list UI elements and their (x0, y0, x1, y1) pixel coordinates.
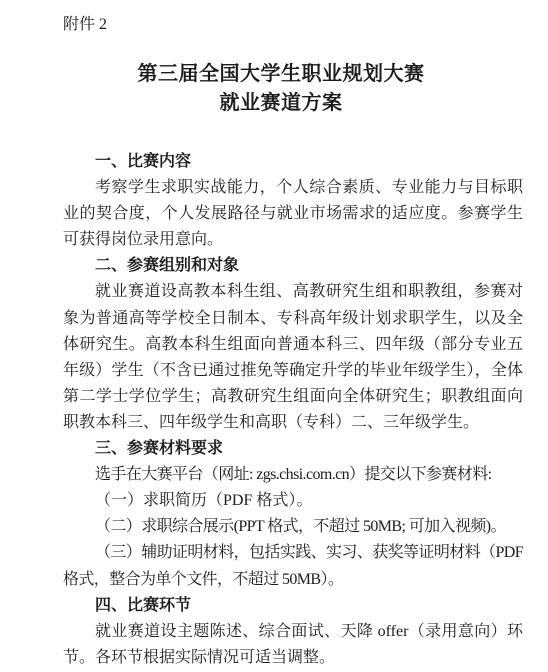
paragraph-material-item-3: （三）辅助证明材料，包括实践、实习、获奖等证明材料（PDF 格式，整合为单个文件… (63, 540, 523, 592)
section-heading-3: 三、参赛材料要求 (63, 436, 523, 462)
paragraph-platform-submission: 选手在大赛平台（网址: zgs.chsi.com.cn）提交以下参赛材料: (63, 462, 523, 488)
doc-title-line-2: 就业赛道方案 (63, 89, 499, 118)
paragraph-competition-content: 考察学生求职实战能力，个人综合素质、专业能力与目标职业的契合度，个人发展路径与就… (63, 175, 523, 253)
attachment-label: 附件 2 (63, 14, 523, 36)
doc-title: 第三届全国大学生职业规划大赛 就业赛道方案 (63, 60, 523, 118)
document-page: 附件 2 第三届全国大学生职业规划大赛 就业赛道方案 一、比赛内容 考察学生求职… (0, 0, 548, 672)
section-heading-4: 四、比赛环节 (63, 593, 523, 619)
section-heading-1: 一、比赛内容 (63, 149, 523, 175)
paragraph-competition-stages: 就业赛道设主题陈述、综合面试、天降 offer（录用意向）环节。各环节根据实际情… (63, 619, 523, 671)
paragraph-material-item-1: （一）求职简历（PDF 格式）。 (63, 488, 523, 514)
section-heading-2: 二、参赛组别和对象 (63, 253, 523, 279)
paragraph-groups-and-targets: 就业赛道设高教本科生组、高教研究生组和职教组，参赛对象为普通高等学校全日制本、专… (63, 279, 523, 436)
doc-title-line-1: 第三届全国大学生职业规划大赛 (63, 60, 499, 89)
paragraph-material-item-2: （二）求职综合展示(PPT 格式，不超过 50MB; 可加入视频)。 (63, 514, 523, 540)
doc-body: 一、比赛内容 考察学生求职实战能力，个人综合素质、专业能力与目标职业的契合度，个… (63, 149, 523, 671)
